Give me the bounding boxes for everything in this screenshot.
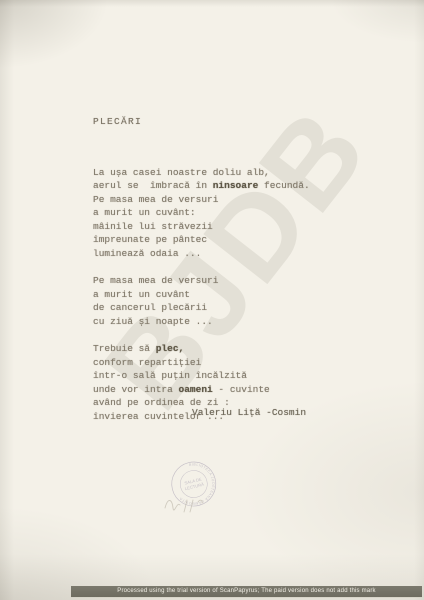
- poem-line: într-o sală puțin încălzită: [93, 369, 310, 383]
- poem-line: cu ziuă și noapte ...: [93, 315, 310, 329]
- poem-text: fecundă.: [258, 180, 309, 191]
- poem-line: La ușa casei noastre doliu alb,: [93, 166, 310, 180]
- poem-line: aerul se îmbracă în ninsoare fecundă.: [93, 179, 310, 193]
- poem-text: Pe masa mea de versuri: [93, 194, 218, 205]
- poem-line: a murit un cuvânt:: [93, 206, 310, 220]
- poem-text: luminează odaia ...: [93, 248, 201, 259]
- poem-line: Pe masa mea de versuri: [93, 193, 310, 207]
- pencil-marks: [158, 490, 228, 520]
- poem-text: împreunate pe pântec: [93, 234, 207, 245]
- poem-line: Pe masa mea de versuri: [93, 274, 310, 288]
- poem-text: - cuvinte: [213, 384, 270, 395]
- poem-text: La ușa casei noastre doliu alb,: [93, 167, 270, 178]
- poem-text: Pe masa mea de versuri: [93, 275, 218, 286]
- poem-text: de cancerul plecării: [93, 302, 207, 313]
- poem-text: aerul se îmbracă în: [93, 180, 213, 191]
- poem-text: ninsoare: [213, 180, 259, 191]
- poem-text: a murit un cuvânt:: [93, 207, 196, 218]
- poem-line: luminează odaia ...: [93, 247, 310, 261]
- trial-watermark-bar: Processed using the trial version of Sca…: [71, 586, 422, 597]
- poem-text: conform repartiției: [93, 357, 201, 368]
- poem-text: mâinile lui străvezii: [93, 221, 213, 232]
- stanza: Pe masa mea de versuria murit un cuvântd…: [93, 274, 310, 328]
- author-signature: Valeriu Liță -Cosmin: [192, 407, 306, 418]
- poem-text: unde vor intra: [93, 384, 179, 395]
- poem-line: mâinile lui străvezii: [93, 220, 310, 234]
- stanza: La ușa casei noastre doliu alb,aerul se …: [93, 166, 310, 261]
- poem-stanzas: La ușa casei noastre doliu alb,aerul se …: [93, 166, 310, 424]
- poem-title: PLECĂRI: [93, 115, 310, 129]
- poem-line: Trebuie să plec,: [93, 342, 310, 356]
- poem-text: oameni: [179, 384, 213, 395]
- poem-line: de cancerul plecării: [93, 301, 310, 315]
- poem-text: cu ziuă și noapte ...: [93, 316, 213, 327]
- poem-text: într-o sală puțin încălzită: [93, 370, 247, 381]
- poem-line: unde vor intra oameni - cuvinte: [93, 383, 310, 397]
- poem-text: Trebuie să: [93, 343, 156, 354]
- poem: PLECĂRI La ușa casei noastre doliu alb,a…: [93, 88, 310, 450]
- poem-text: a murit un cuvânt: [93, 289, 190, 300]
- poem-line: a murit un cuvânt: [93, 288, 310, 302]
- poem-line: conform repartiției: [93, 356, 310, 370]
- poem-text: plec,: [156, 343, 185, 354]
- poem-line: împreunate pe pântec: [93, 233, 310, 247]
